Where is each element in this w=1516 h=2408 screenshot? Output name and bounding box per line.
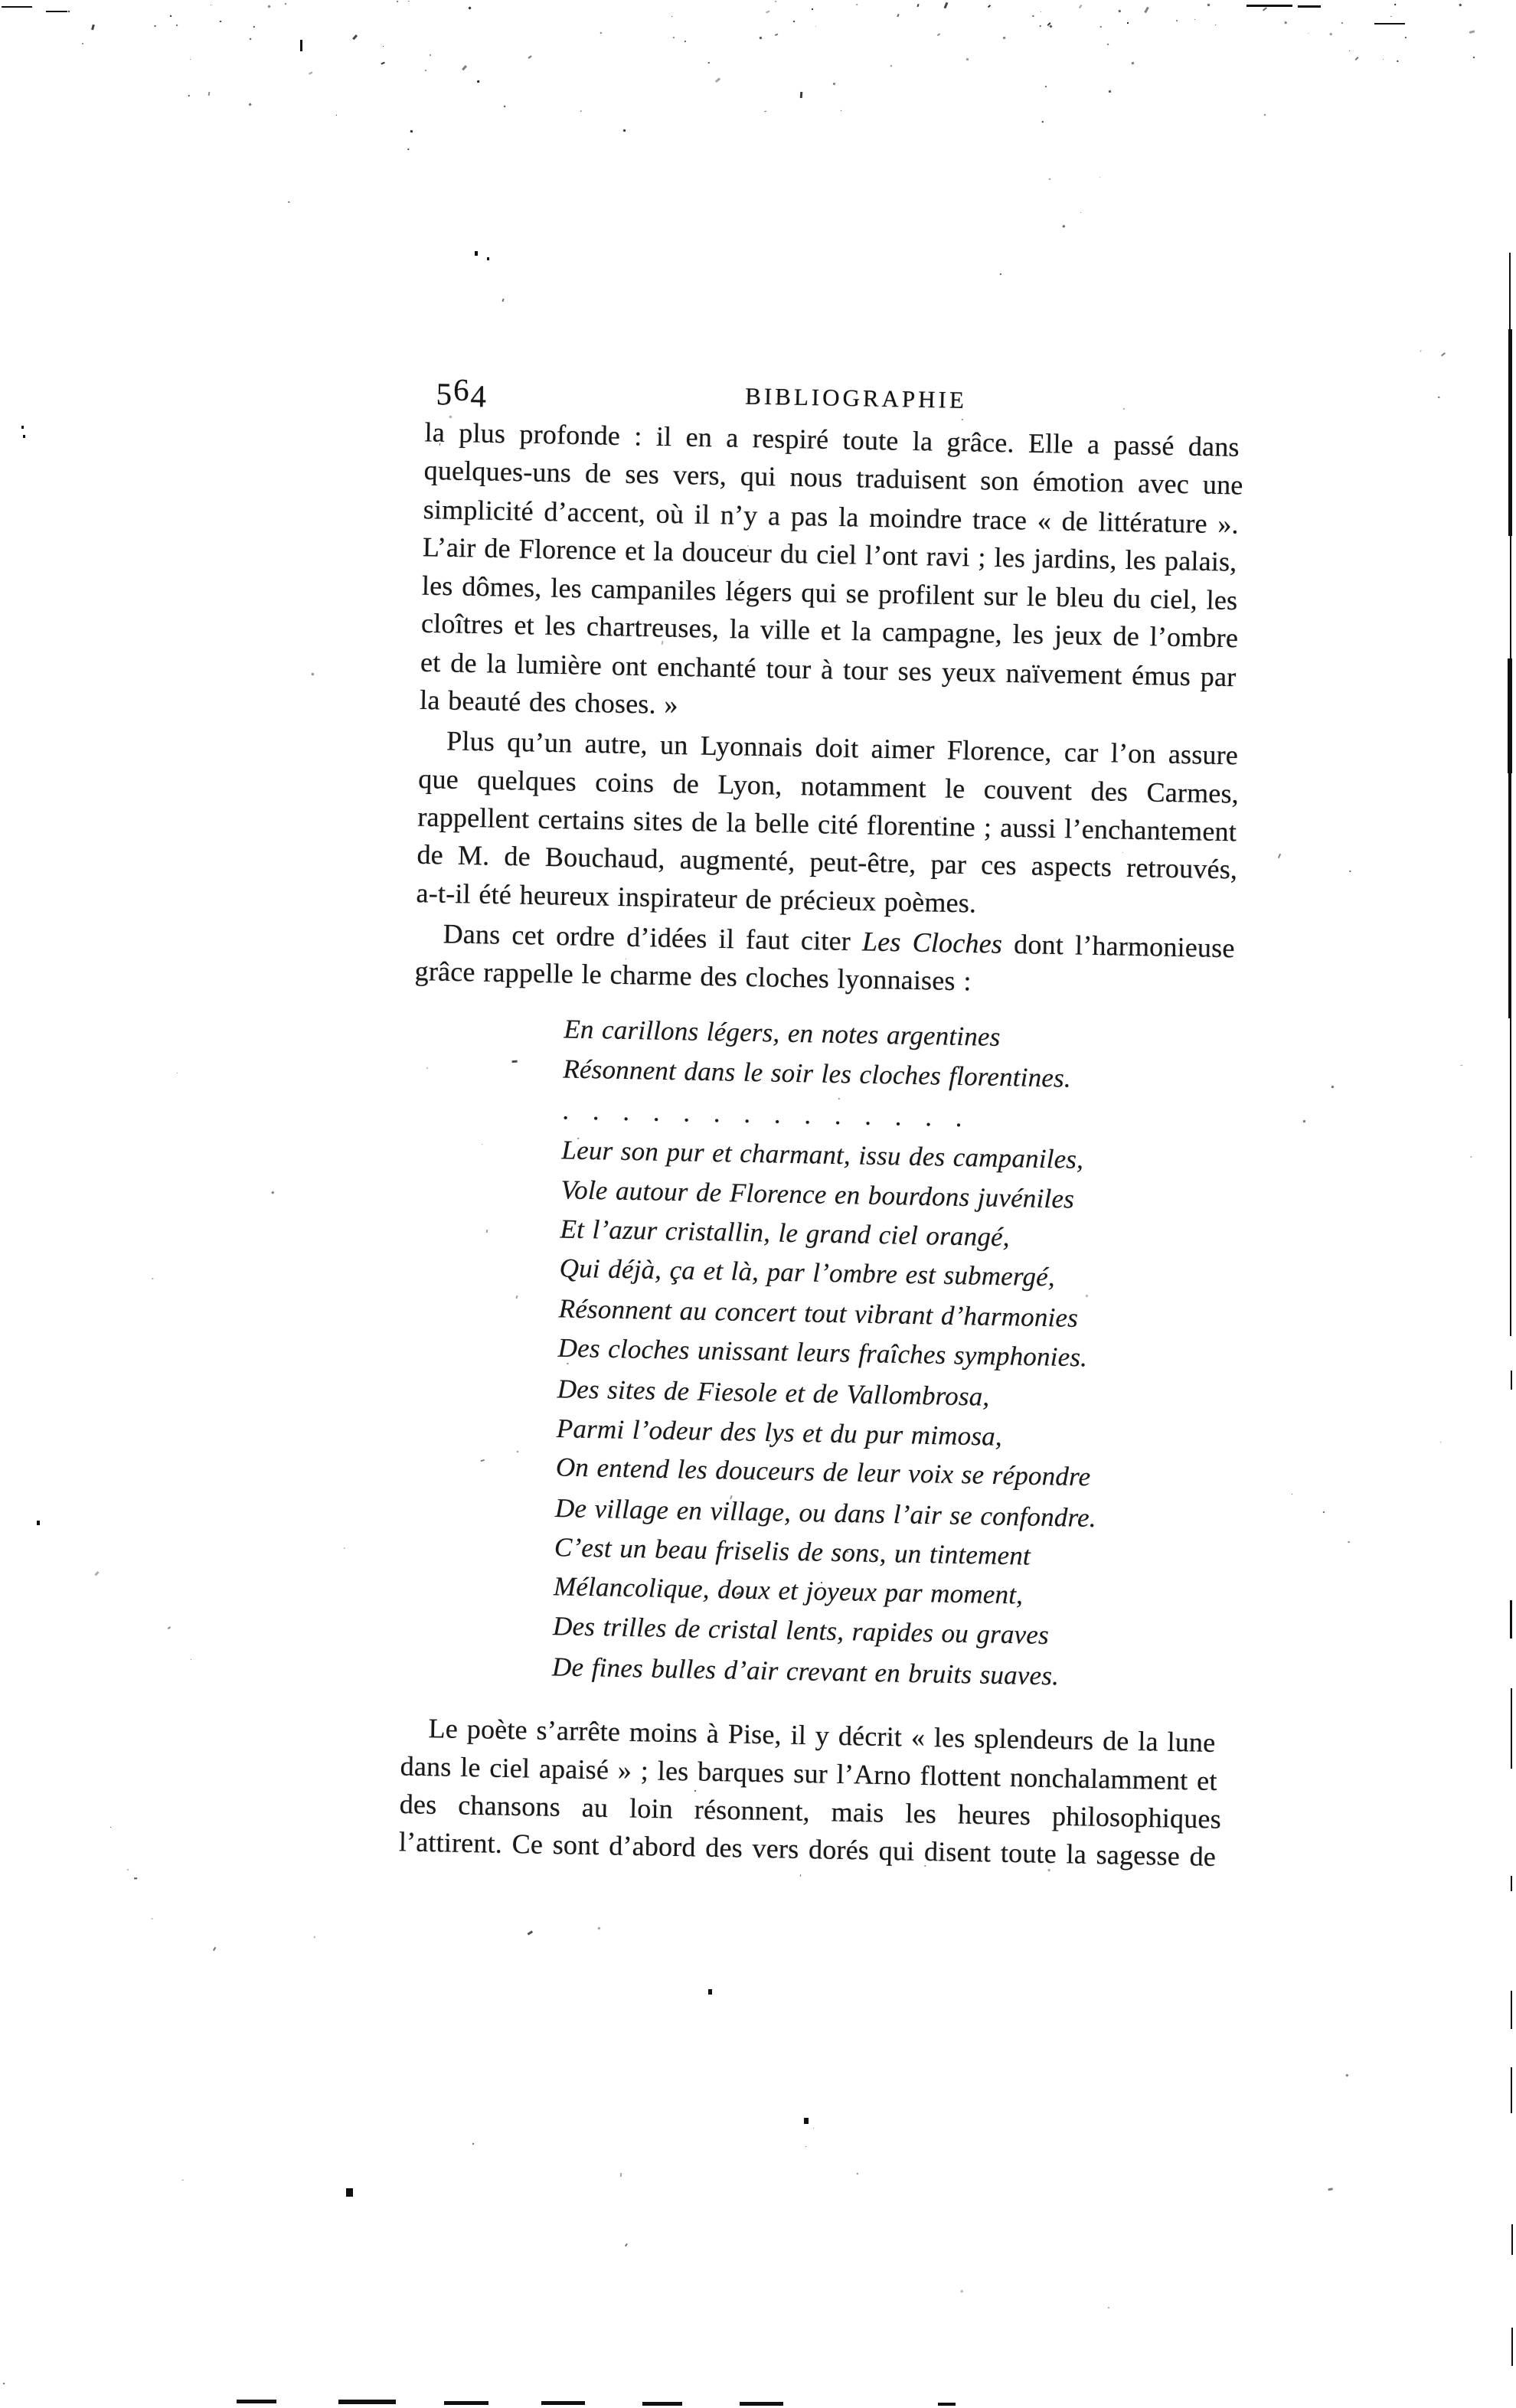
noise-speck xyxy=(1383,59,1384,60)
noise-speck xyxy=(267,5,270,8)
scan-artifact xyxy=(938,2403,956,2406)
text-body: la plus profonde : il en a respiré toute… xyxy=(396,0,1263,2005)
noise-speck xyxy=(189,59,191,60)
noise-speck xyxy=(961,2289,964,2292)
noise-speck xyxy=(271,1191,274,1194)
noise-speck xyxy=(1459,3,1462,6)
scan-artifact xyxy=(1511,1688,1512,1769)
noise-speck xyxy=(407,149,409,150)
noise-speck xyxy=(253,26,254,28)
noise-speck xyxy=(181,2179,184,2181)
noise-speck xyxy=(155,25,156,27)
noise-speck xyxy=(1473,57,1475,58)
scan-artifact xyxy=(1511,1991,1512,2029)
noise-speck xyxy=(988,5,991,8)
noise-speck xyxy=(625,2243,627,2246)
noise-speck xyxy=(134,1877,138,1879)
noise-speck xyxy=(191,1659,191,1660)
noise-speck xyxy=(1108,2307,1109,2308)
scan-artifact xyxy=(21,426,24,429)
noise-speck xyxy=(1404,37,1406,38)
noise-speck xyxy=(312,672,314,675)
noise-speck xyxy=(381,62,386,65)
scan-artifact xyxy=(444,2401,488,2405)
scan-artifact xyxy=(1509,253,1511,329)
noise-speck xyxy=(1331,1085,1335,1088)
noise-speck xyxy=(1328,2187,1333,2191)
scan-artifact xyxy=(300,40,302,51)
scan-artifact xyxy=(346,2188,353,2197)
noise-speck xyxy=(1469,31,1475,34)
noise-speck xyxy=(3,2383,5,2385)
work-title: Les Cloches xyxy=(862,926,1003,959)
noise-speck xyxy=(410,129,412,132)
scan-artifact xyxy=(46,11,67,12)
paragraph: Le poète s’arrête moins à Pise, il y déc… xyxy=(398,1708,1231,1877)
noise-speck xyxy=(313,1936,315,1937)
noise-speck xyxy=(425,69,426,70)
noise-speck xyxy=(1079,5,1083,9)
scan-artifact xyxy=(1510,1018,1511,1336)
scan-artifact xyxy=(541,2401,585,2405)
noise-speck xyxy=(1329,32,1332,35)
noise-speck xyxy=(1420,350,1422,352)
noise-speck xyxy=(109,1827,111,1828)
scan-artifact xyxy=(1374,23,1405,25)
noise-speck xyxy=(805,2146,806,2147)
noise-speck xyxy=(249,103,252,106)
noise-speck xyxy=(152,1278,153,1279)
verse-block: En carillons légers, en notes argentines… xyxy=(402,1008,1245,1700)
noise-speck xyxy=(288,201,290,204)
noise-speck xyxy=(309,71,312,74)
scan-artifact xyxy=(1511,1876,1512,1891)
noise-speck xyxy=(1207,4,1210,6)
noise-speck xyxy=(152,1918,153,1920)
scan-artifact xyxy=(1511,2328,1513,2366)
scan-artifact xyxy=(1510,536,1511,658)
noise-speck xyxy=(336,115,337,116)
scan-artifact xyxy=(338,2400,396,2404)
noise-speck xyxy=(168,1626,171,1629)
noise-speck xyxy=(68,11,70,12)
noise-speck xyxy=(1396,60,1398,62)
paragraph: Plus qu’un autre, un Lyonnais doit aimer… xyxy=(416,720,1250,927)
noise-speck xyxy=(619,2173,622,2177)
noise-speck xyxy=(1470,1156,1472,1158)
scan-artifact xyxy=(1508,658,1512,773)
paragraph: la plus profonde : il en a respiré toute… xyxy=(420,413,1256,735)
noise-speck xyxy=(1303,1120,1305,1122)
noise-speck xyxy=(1263,7,1267,11)
noise-speck xyxy=(285,3,286,5)
noise-speck xyxy=(1390,16,1392,18)
noise-speck xyxy=(1323,1511,1325,1513)
noise-speck xyxy=(1346,2073,1349,2076)
noise-speck xyxy=(396,1,398,3)
noise-speck xyxy=(82,43,83,44)
noise-speck xyxy=(813,2128,814,2129)
noise-speck xyxy=(1460,1065,1462,1067)
noise-speck xyxy=(1348,1541,1350,1543)
scan-artifact xyxy=(1511,2224,1513,2255)
noise-speck xyxy=(91,25,94,30)
scan-artifact xyxy=(642,2402,682,2406)
noise-speck xyxy=(1438,396,1440,398)
scan-artifact xyxy=(1510,1600,1512,1639)
scan-artifact xyxy=(1246,5,1292,7)
noise-speck xyxy=(856,2173,858,2174)
noise-speck xyxy=(916,4,919,8)
scan-artifact xyxy=(740,2402,783,2406)
noise-speck xyxy=(1284,21,1286,24)
noise-speck xyxy=(1292,1494,1293,1495)
noise-speck xyxy=(383,46,384,47)
noise-speck xyxy=(1308,33,1309,34)
noise-speck xyxy=(213,1947,217,1952)
noise-speck xyxy=(1264,114,1266,116)
scanned-page: 564 BIBLIOGRAPHIE la plus profonde : il … xyxy=(0,0,1516,2408)
noise-speck xyxy=(188,95,190,96)
noise-speck xyxy=(1441,353,1446,358)
scan-artifact xyxy=(804,2118,809,2124)
noise-speck xyxy=(856,4,858,5)
noise-speck xyxy=(176,1073,178,1074)
noise-speck xyxy=(1278,854,1282,858)
scan-artifact xyxy=(37,1521,40,1525)
noise-speck xyxy=(127,1869,129,1871)
scan-artifact xyxy=(1298,5,1321,8)
scan-artifact xyxy=(1508,773,1511,1018)
noise-speck xyxy=(219,21,221,22)
noise-speck xyxy=(250,38,252,41)
paragraph: Dans cet ordre d’idées il faut citer Les… xyxy=(414,913,1246,1005)
noise-speck xyxy=(472,2143,474,2145)
scan-artifact xyxy=(1511,2067,1512,2113)
scan-artifact xyxy=(1508,329,1512,536)
noise-speck xyxy=(1355,57,1359,60)
noise-speck xyxy=(775,1,777,3)
scan-artifact xyxy=(237,2400,276,2403)
noise-speck xyxy=(943,2,948,8)
noise-speck xyxy=(1349,51,1351,52)
scan-artifact xyxy=(1511,1371,1512,1390)
scan-artifact xyxy=(23,435,25,438)
noise-speck xyxy=(408,1,410,2)
noise-speck xyxy=(344,1547,345,1549)
noise-speck xyxy=(176,25,178,27)
noise-speck xyxy=(169,15,172,18)
noise-speck xyxy=(95,1571,100,1576)
noise-speck xyxy=(352,34,358,40)
noise-speck xyxy=(1341,22,1343,24)
noise-speck xyxy=(1440,1442,1442,1443)
noise-speck xyxy=(211,5,212,6)
noise-speck xyxy=(1349,871,1351,873)
noise-speck xyxy=(1393,4,1396,6)
scan-artifact xyxy=(2,6,32,8)
scan-text-layer: 564 BIBLIOGRAPHIE la plus profonde : il … xyxy=(396,0,1263,2005)
noise-speck xyxy=(208,91,211,95)
